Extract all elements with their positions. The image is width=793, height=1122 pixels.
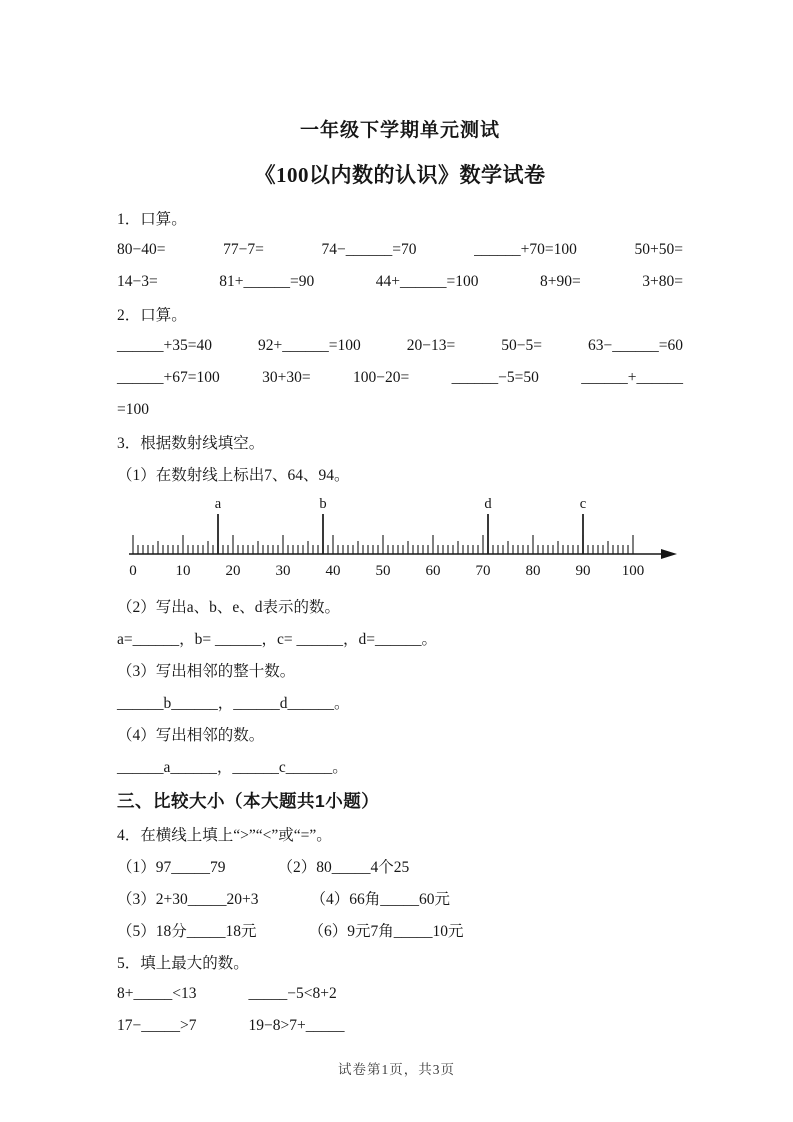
page-footer: 试卷第1页，共3页 [0,1058,793,1078]
question-3-sub2: （2）写出a、b、e、d表示的数。 [117,590,683,622]
question-4-row-2: （3）2+30_____20+3（4）66角_____60元 [117,882,683,914]
equation-item: （4）66角_____60元 [310,887,450,909]
axis-label: 100 [622,563,645,579]
axis-label: 20 [226,563,241,579]
equation-item: 19−8>7+_____ [248,1017,344,1035]
axis-label: 30 [276,563,291,579]
question-1-label: 1．口算。 [117,202,683,234]
marker-label-b: b [319,496,326,512]
question-1-row-1: 80−40=77−7=74−______=70______+70=10050+5… [117,234,683,266]
axis-label: 60 [426,563,441,579]
equation-item: 8+90= [540,273,581,291]
question-4-label: 4．在横线上填上“>”“<”或“=”。 [117,818,683,850]
number-line: 0102030405060708090100abdc [117,490,683,590]
equation-item: 92+______=100 [258,337,361,355]
equation-item: 14−3= [117,273,158,291]
axis-label: 10 [176,563,191,579]
equation-item: 74−______=70 [322,241,417,259]
question-3-sub3: （3）写出相邻的整十数。 [117,654,683,686]
axis-label: 40 [326,563,341,579]
axis-label: 50 [376,563,391,579]
question-3-sub2-answer: a=______，b= ______，c= ______，d=______。 [117,622,683,654]
equation-item: 17−_____>7 [117,1017,196,1035]
question-3-sub1: （1）在数射线上标出7、64、94。 [117,458,683,490]
equation-item: （1）97_____79 [117,855,226,877]
marker-label-d: d [484,496,492,512]
equation-item: ______+70=100 [474,241,577,259]
equation-item: _____−5<8+2 [248,985,336,1003]
equation-item: （3）2+30_____20+3 [117,887,258,909]
equation-item: 77−7= [223,241,264,259]
equation-item: 3+80= [642,273,683,291]
question-2-overflow: =100 [117,394,683,426]
equation-item: （2）80_____4个25 [278,855,410,877]
equation-item: 50+50= [635,241,683,259]
equation-item: ______+67=100 [117,369,220,387]
equation-item: 81+______=90 [219,273,314,291]
question-4-row-3: （5）18分_____18元（6）9元7角_____10元 [117,914,683,946]
question-3-sub4: （4）写出相邻的数。 [117,718,683,750]
question-2-row-1: ______+35=4092+______=10020−13=50−5=63−_… [117,330,683,362]
question-3-label: 3．根据数射线填空。 [117,426,683,458]
question-2-label: 2．口算。 [117,298,683,330]
equation-item: 44+______=100 [376,273,479,291]
equation-item: ______+______ [581,369,683,387]
axis-label: 70 [476,563,491,579]
equation-item: 100−20= [353,369,409,387]
equation-item: （6）9元7角_____10元 [309,919,464,941]
number-line-figure: 0102030405060708090100abdc [117,490,683,590]
equation-item: 50−5= [501,337,542,355]
axis-label: 90 [576,563,591,579]
test-paper-page: 一年级下学期单元测试 《100以内数的认识》数学试卷 1．口算。 80−40=7… [0,0,793,1122]
equation-item: 20−13= [407,337,455,355]
paper-content: 一年级下学期单元测试 《100以内数的认识》数学试卷 1．口算。 80−40=7… [117,118,683,1042]
page-subtitle: 《100以内数的认识》数学试卷 [117,160,683,190]
equation-item: 80−40= [117,241,165,259]
equation-item: ______+35=40 [117,337,212,355]
equation-item: （5）18分_____18元 [117,919,257,941]
axis-label: 0 [129,563,137,579]
equation-item: ______−5=50 [452,369,539,387]
question-5-row-1: 8+_____<13_____−5<8+2 [117,978,683,1010]
question-5-row-2: 17−_____>719−8>7+_____ [117,1010,683,1042]
question-4-row-1: （1）97_____79（2）80_____4个25 [117,850,683,882]
equation-item: 8+_____<13 [117,985,196,1003]
question-5-label: 5．填上最大的数。 [117,946,683,978]
marker-label-c: c [580,496,586,512]
question-2-row-2: ______+67=10030+30=100−20=______−5=50___… [117,362,683,394]
marker-label-a: a [215,496,222,512]
question-1-row-2: 14−3=81+______=9044+______=1008+90=3+80= [117,266,683,298]
page-title: 一年级下学期单元测试 [117,118,683,144]
question-3-sub4-answer: ______a______，______c______。 [117,750,683,782]
equation-item: 63−______=60 [588,337,683,355]
equation-item: 30+30= [262,369,310,387]
question-3-sub3-answer: ______b______，______d______。 [117,686,683,718]
axis-label: 80 [526,563,541,579]
section-3-heading: 三、比较大小（本大题共1小题） [117,782,683,818]
